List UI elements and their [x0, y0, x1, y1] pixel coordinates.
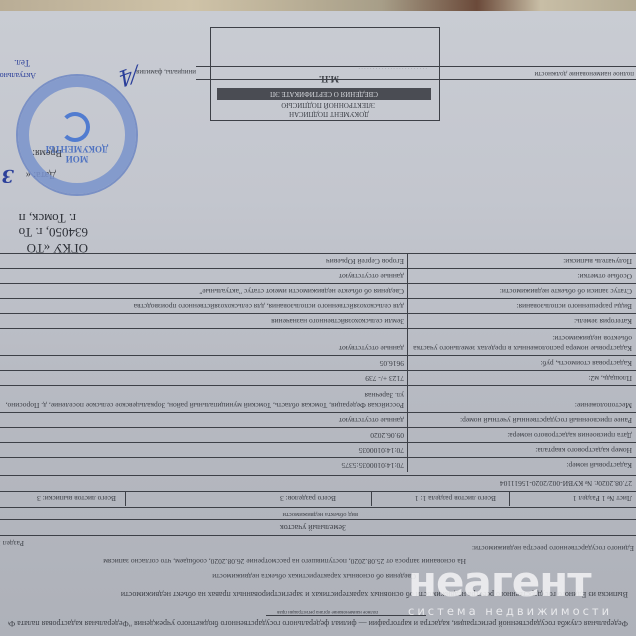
column-divider	[407, 371, 408, 385]
stamp-address-2: г. Томск, п	[19, 210, 76, 226]
row-value: Егоров Сергей Юрьевич	[4, 256, 404, 266]
divider	[371, 492, 372, 506]
table-row: Кадастровая стоимость, руб:9616.05	[0, 356, 636, 370]
document-subtitle: Сведения об основных характеристиках объ…	[212, 572, 416, 581]
table-row: Получатель выписки:Егоров Сергей Юрьевич	[0, 254, 636, 268]
row-label: Виды разрешенного использования:	[412, 301, 632, 311]
row-divider	[0, 385, 636, 386]
object-type-caption: вид объекта недвижимости	[283, 511, 358, 518]
document-sheet: Федеральная служба государственной регис…	[0, 11, 636, 636]
row-divider	[0, 268, 636, 269]
column-divider	[407, 314, 408, 328]
certificate-details: · · · · · · · · · · · · · · · · · · · · …	[358, 65, 427, 70]
row-label: Номер кадастрового квартала:	[412, 445, 632, 455]
divider	[0, 507, 636, 508]
divider	[509, 492, 510, 506]
column-divider	[407, 428, 408, 442]
row-label: Категория земель:	[412, 316, 632, 326]
table-row: Местоположение:Российская Федерация, Том…	[0, 386, 636, 412]
row-value: Российская Федерация, Томская область, Т…	[4, 390, 404, 410]
divider	[0, 475, 636, 476]
column-divider	[407, 299, 408, 313]
column-divider	[407, 356, 408, 370]
mp-label: М.П.	[319, 74, 339, 84]
sheets-total: Всего листов выписки: 3	[37, 494, 116, 503]
sheet-number: Лист № 1 Раздел 1	[573, 494, 632, 503]
row-divider	[0, 442, 636, 443]
row-value: данные отсутствуют	[4, 415, 404, 425]
column-divider	[407, 443, 408, 457]
divider	[125, 492, 126, 506]
row-value: для сельскохозяйственного использования,…	[4, 301, 404, 311]
row-label: Кадастровый номер:	[412, 460, 632, 470]
extract-number: 27.08.2020г. № КУВИ-002/2020-15611104	[500, 479, 632, 488]
issuer-underline	[266, 615, 426, 616]
row-label: Кадастровая стоимость, руб:	[412, 358, 632, 368]
row-divider	[0, 283, 636, 284]
electronic-signature-box: ДОКУМЕНТ ПОДПИСАН ЭЛЕКТРОННОЙ ПОДПИСЬЮ С…	[210, 27, 440, 121]
column-divider	[407, 269, 408, 283]
table-row: Дата присвоения кадастрового номера:09.0…	[0, 428, 636, 442]
row-divider	[0, 313, 636, 314]
row-divider	[0, 427, 636, 428]
stamp-side-text-2: Актуально	[0, 71, 36, 80]
row-divider	[0, 298, 636, 299]
neagent-watermark: неагент система недвижимости	[408, 562, 612, 618]
handwritten-date: 3	[1, 165, 14, 186]
row-value: 7123 +/- 739	[4, 373, 404, 383]
row-divider	[0, 328, 636, 329]
table-row: Особые отметки:данные отсутствуют	[0, 269, 636, 283]
row-value: 70:14:0100035:5375	[4, 460, 404, 470]
row-label: Местоположение:	[412, 400, 632, 410]
row-label: Дата присвоения кадастрового номера:	[412, 430, 632, 440]
row-value: 70:14:0100035	[4, 445, 404, 455]
doc-signed-label-2: ЭЛЕКТРОННОЙ ПОДПИСЬЮ	[281, 101, 375, 109]
issuer-caption: полное наименование органа регистрации п…	[277, 609, 378, 614]
stamp-brand: МОИ ДОКУМЕНТЫ	[40, 144, 114, 164]
column-divider	[407, 284, 408, 298]
row-label: Ранее присвоенный государственный учетны…	[412, 415, 632, 425]
watermark-tagline: система недвижимости	[408, 604, 612, 618]
stamp-address-1: 634050, г. То	[19, 224, 88, 240]
row-label: Кадастровые номера расположенных в преде…	[412, 333, 632, 353]
column-divider	[407, 254, 408, 268]
table-row: Номер кадастрового квартала:70:14:010003…	[0, 443, 636, 457]
section-label: Раздел 1	[0, 539, 24, 548]
row-divider	[0, 412, 636, 413]
row-value: Сведения об объекте недвижимости имеют с…	[4, 286, 404, 296]
handwritten-signature: ⁄4	[115, 61, 140, 91]
column-divider	[407, 413, 408, 427]
row-divider	[0, 355, 636, 356]
row-value: 9616.05	[4, 358, 404, 368]
divider	[0, 535, 636, 536]
initials-label: инициалы, фамилия	[136, 68, 196, 76]
official-stamp: МОИ ДОКУМЕНТЫ	[16, 74, 138, 196]
table-row: Кадастровые номера расположенных в преде…	[0, 329, 636, 355]
row-value: 09.06.2020	[4, 430, 404, 440]
table-row: Статус записи об объекте недвижимости:Св…	[0, 284, 636, 298]
row-value: Земли сельскохозяйственного назначения	[4, 316, 404, 326]
table-row: Площадь, м2:7123 +/- 739	[0, 371, 636, 385]
row-label: Статус записи об объекте недвижимости:	[412, 286, 632, 296]
row-divider	[0, 253, 636, 254]
divider	[0, 519, 636, 520]
column-divider	[407, 329, 408, 355]
mfc-logo-icon	[60, 112, 90, 142]
table-row: Виды разрешенного использования:для сель…	[0, 299, 636, 313]
row-divider	[0, 457, 636, 458]
watermark-brand: неагент	[408, 562, 612, 602]
row-value: данные отсутствуют	[4, 343, 404, 353]
row-label: Получатель выписки:	[412, 256, 632, 266]
stamp-side-text: Тел.	[14, 58, 30, 68]
rotated-document-content: Федеральная служба государственной регис…	[0, 11, 636, 636]
divider	[0, 491, 636, 492]
stamp-org: ОГКУ «ТО	[27, 240, 88, 256]
request-text-2: Единого государственного реестра недвижи…	[472, 544, 634, 553]
row-divider	[0, 370, 636, 371]
position-label: полное наименование должности	[534, 70, 634, 78]
object-type-value: Земельный участок	[280, 523, 346, 532]
issuer-line: Федеральная служба государственной регис…	[8, 619, 628, 628]
row-label: Особые отметки:	[412, 271, 632, 281]
column-divider	[407, 386, 408, 412]
table-row: Ранее присвоенный государственный учетны…	[0, 413, 636, 427]
section-sheets: Всего листов раздела 1: 1	[415, 494, 496, 503]
table-row: Кадастровый номер:70:14:0100035:5375	[0, 458, 636, 472]
doc-signed-label: ДОКУМЕНТ ПОДПИСАН	[289, 110, 369, 118]
row-label: Площадь, м2:	[412, 373, 632, 383]
row-value: данные отсутствуют	[4, 271, 404, 281]
column-divider	[407, 458, 408, 472]
table-row: Категория земель:Земли сельскохозяйствен…	[0, 314, 636, 328]
sections-total: Всего разделов: 3	[280, 494, 336, 503]
certificate-header: СВЕДЕНИЯ О СЕРТИФИКАТЕ ЭП	[217, 88, 431, 100]
